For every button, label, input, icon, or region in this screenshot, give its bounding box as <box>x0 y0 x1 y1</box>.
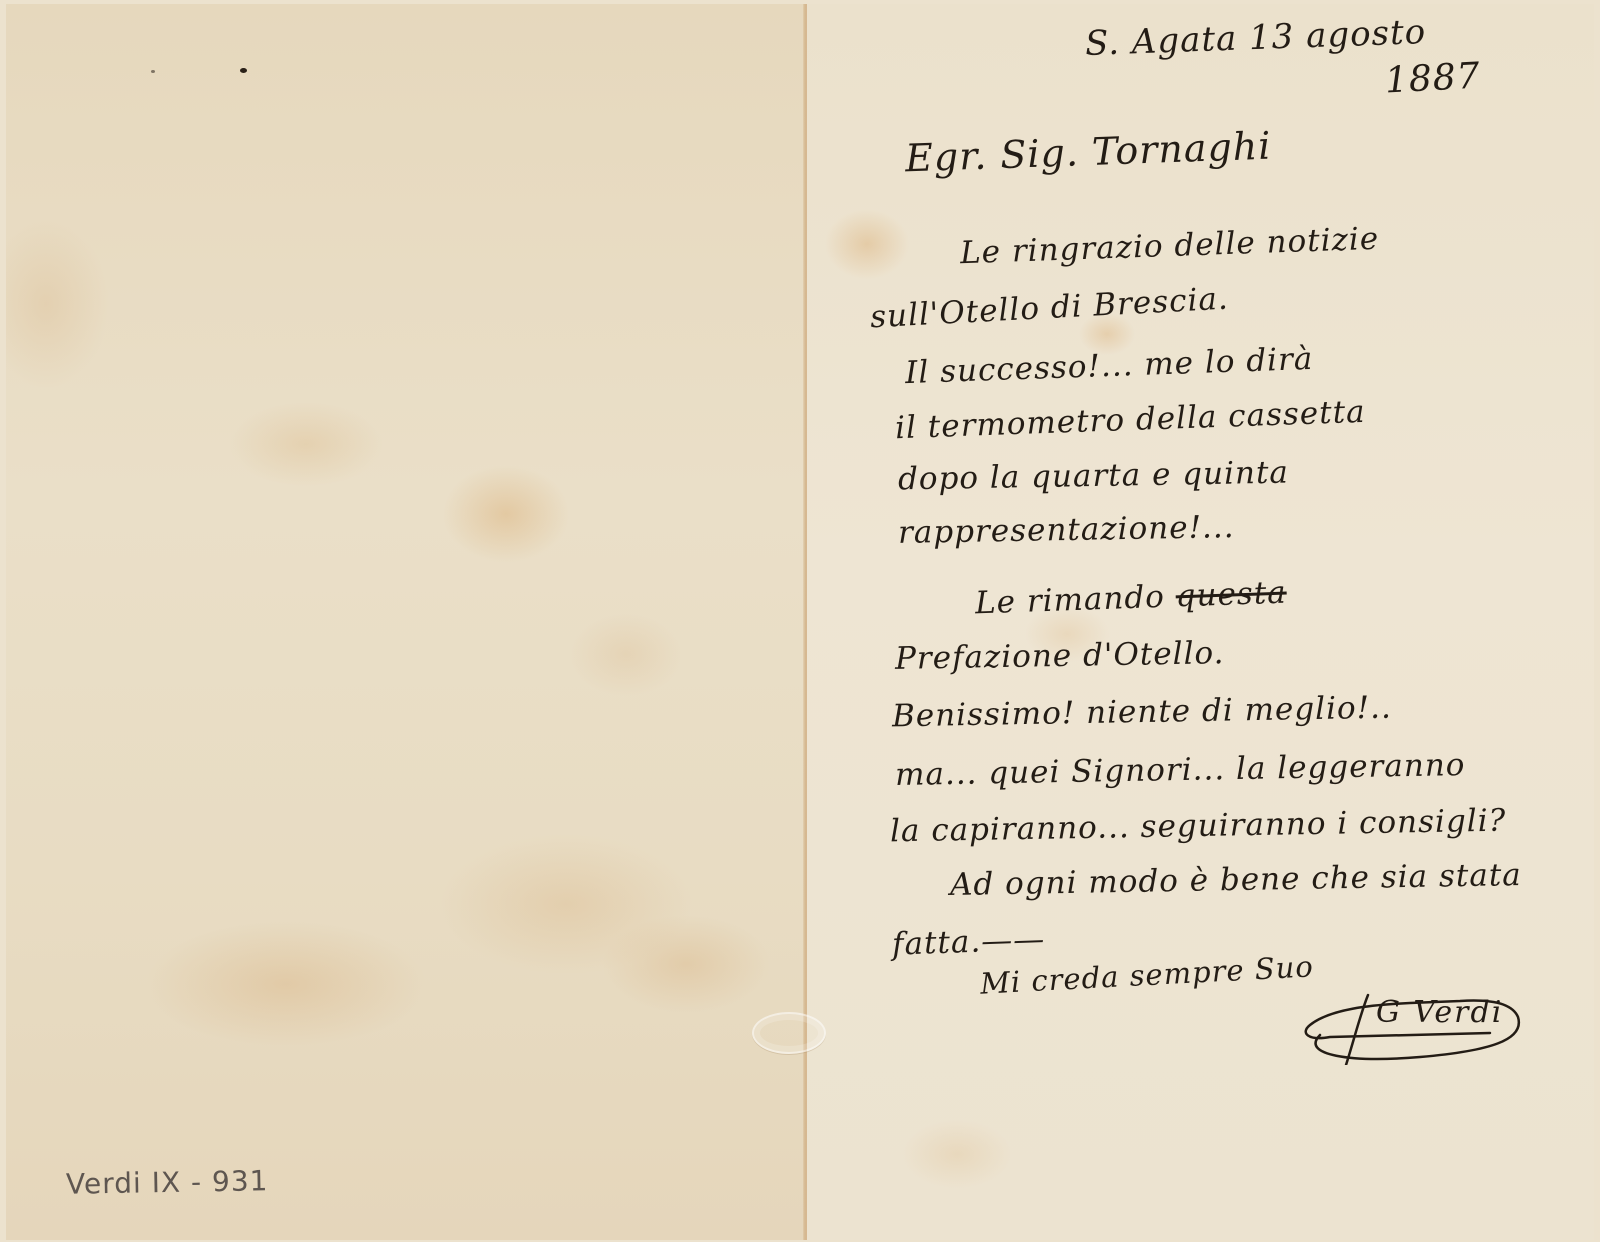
embossed-stamp <box>752 1012 826 1054</box>
letter-line-5: dopo la quarta e quinta <box>898 455 1289 498</box>
letter-line-13: fatta.—— <box>891 921 1045 962</box>
archive-pencil-mark: Verdi IX - 931 <box>66 1164 269 1201</box>
letter-line-6: rappresentazione!... <box>898 509 1235 551</box>
struck-word: questa <box>1175 575 1287 615</box>
letter-line-8: Prefazione d'Otello. <box>895 635 1225 677</box>
left-page-blank: Verdi IX - 931 <box>6 4 805 1240</box>
signature-text: G Verdi <box>1376 995 1503 1030</box>
signature: G Verdi <box>1290 985 1530 1065</box>
pinhole-mark <box>240 68 247 73</box>
letter-year: 1887 <box>1384 56 1482 102</box>
pinhole-mark <box>151 70 155 73</box>
letter-line-7-prefix: Le rimando <box>974 578 1176 621</box>
scanned-letter-sheet: Verdi IX - 931 S. Agata 13 agosto 1887 E… <box>0 0 1600 1242</box>
